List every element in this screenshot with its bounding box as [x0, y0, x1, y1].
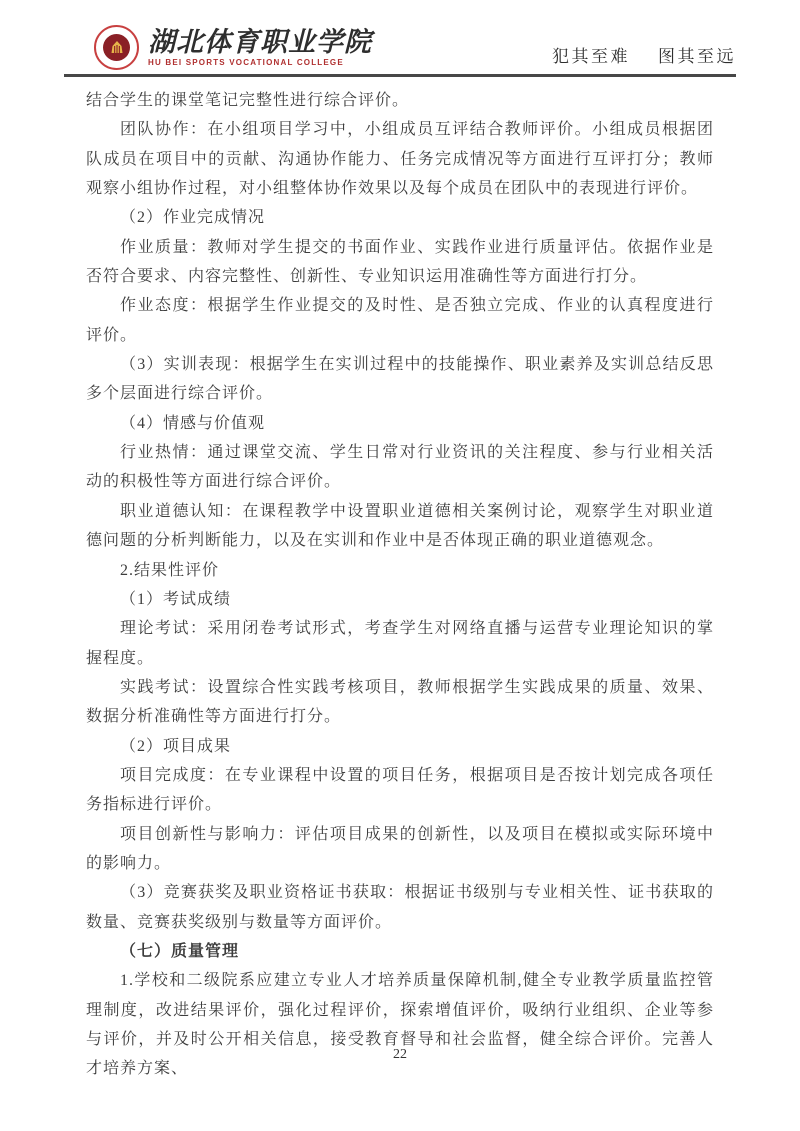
- college-name-en: HU BEI SPORTS VOCATIONAL COLLEGE: [148, 58, 372, 67]
- section-heading: （七）质量管理: [86, 937, 714, 966]
- list-heading: 2.结果性评价: [86, 556, 714, 585]
- college-emblem-icon: [109, 40, 125, 56]
- page-number: 22: [0, 1047, 800, 1063]
- college-name-zh: 湖北体育职业学院: [148, 28, 372, 56]
- college-motto: 犯其至难 图其至远: [552, 42, 736, 70]
- motto-part-1: 犯其至难: [552, 42, 630, 67]
- motto-part-2: 图其至远: [658, 42, 736, 67]
- paragraph: 理论考试：采用闭卷考试形式，考查学生对网络直播与运营专业理论知识的掌握程度。: [86, 614, 714, 673]
- document-page: 湖北体育职业学院 HU BEI SPORTS VOCATIONAL COLLEG…: [0, 0, 800, 1131]
- paragraph: 行业热情：通过课堂交流、学生日常对行业资讯的关注程度、参与行业相关活动的积极性等…: [86, 438, 714, 497]
- paragraph: 职业道德认知：在课程教学中设置职业道德相关案例讨论，观察学生对职业道德问题的分析…: [86, 497, 714, 556]
- paragraph: 团队协作：在小组项目学习中，小组成员互评结合教师评价。小组成员根据团队成员在项目…: [86, 115, 714, 203]
- list-heading: （4）情感与价值观: [86, 409, 714, 438]
- paragraph: 项目完成度：在专业课程中设置的项目任务，根据项目是否按计划完成各项任务指标进行评…: [86, 761, 714, 820]
- paragraph: 项目创新性与影响力：评估项目成果的创新性，以及项目在模拟或实际环境中的影响力。: [86, 820, 714, 879]
- paragraph: 作业质量：教师对学生提交的书面作业、实践作业进行质量评估。依据作业是否符合要求、…: [86, 233, 714, 292]
- paragraph: 1.学校和二级院系应建立专业人才培养质量保障机制,健全专业教学质量监控管理制度，…: [86, 966, 714, 1083]
- document-body: 结合学生的课堂笔记完整性进行综合评价。 团队协作：在小组项目学习中，小组成员互评…: [0, 77, 800, 1084]
- paragraph: 结合学生的课堂笔记完整性进行综合评价。: [86, 86, 714, 115]
- seal-inner-circle: [103, 34, 130, 61]
- paragraph: 作业态度：根据学生作业提交的及时性、是否独立完成、作业的认真程度进行评价。: [86, 291, 714, 350]
- list-heading: （2）作业完成情况: [86, 203, 714, 232]
- page-header: 湖北体育职业学院 HU BEI SPORTS VOCATIONAL COLLEG…: [0, 0, 800, 77]
- college-brand: 湖北体育职业学院 HU BEI SPORTS VOCATIONAL COLLEG…: [94, 25, 372, 70]
- college-seal-logo: [94, 25, 139, 70]
- list-heading: （2）项目成果: [86, 732, 714, 761]
- paragraph: 实践考试：设置综合性实践考核项目，教师根据学生实践成果的质量、效果、数据分析准确…: [86, 673, 714, 732]
- paragraph: （3）竞赛获奖及职业资格证书获取：根据证书级别与专业相关性、证书获取的数量、竞赛…: [86, 878, 714, 937]
- list-heading: （1）考试成绩: [86, 585, 714, 614]
- paragraph: （3）实训表现：根据学生在实训过程中的技能操作、职业素养及实训总结反思多个层面进…: [86, 350, 714, 409]
